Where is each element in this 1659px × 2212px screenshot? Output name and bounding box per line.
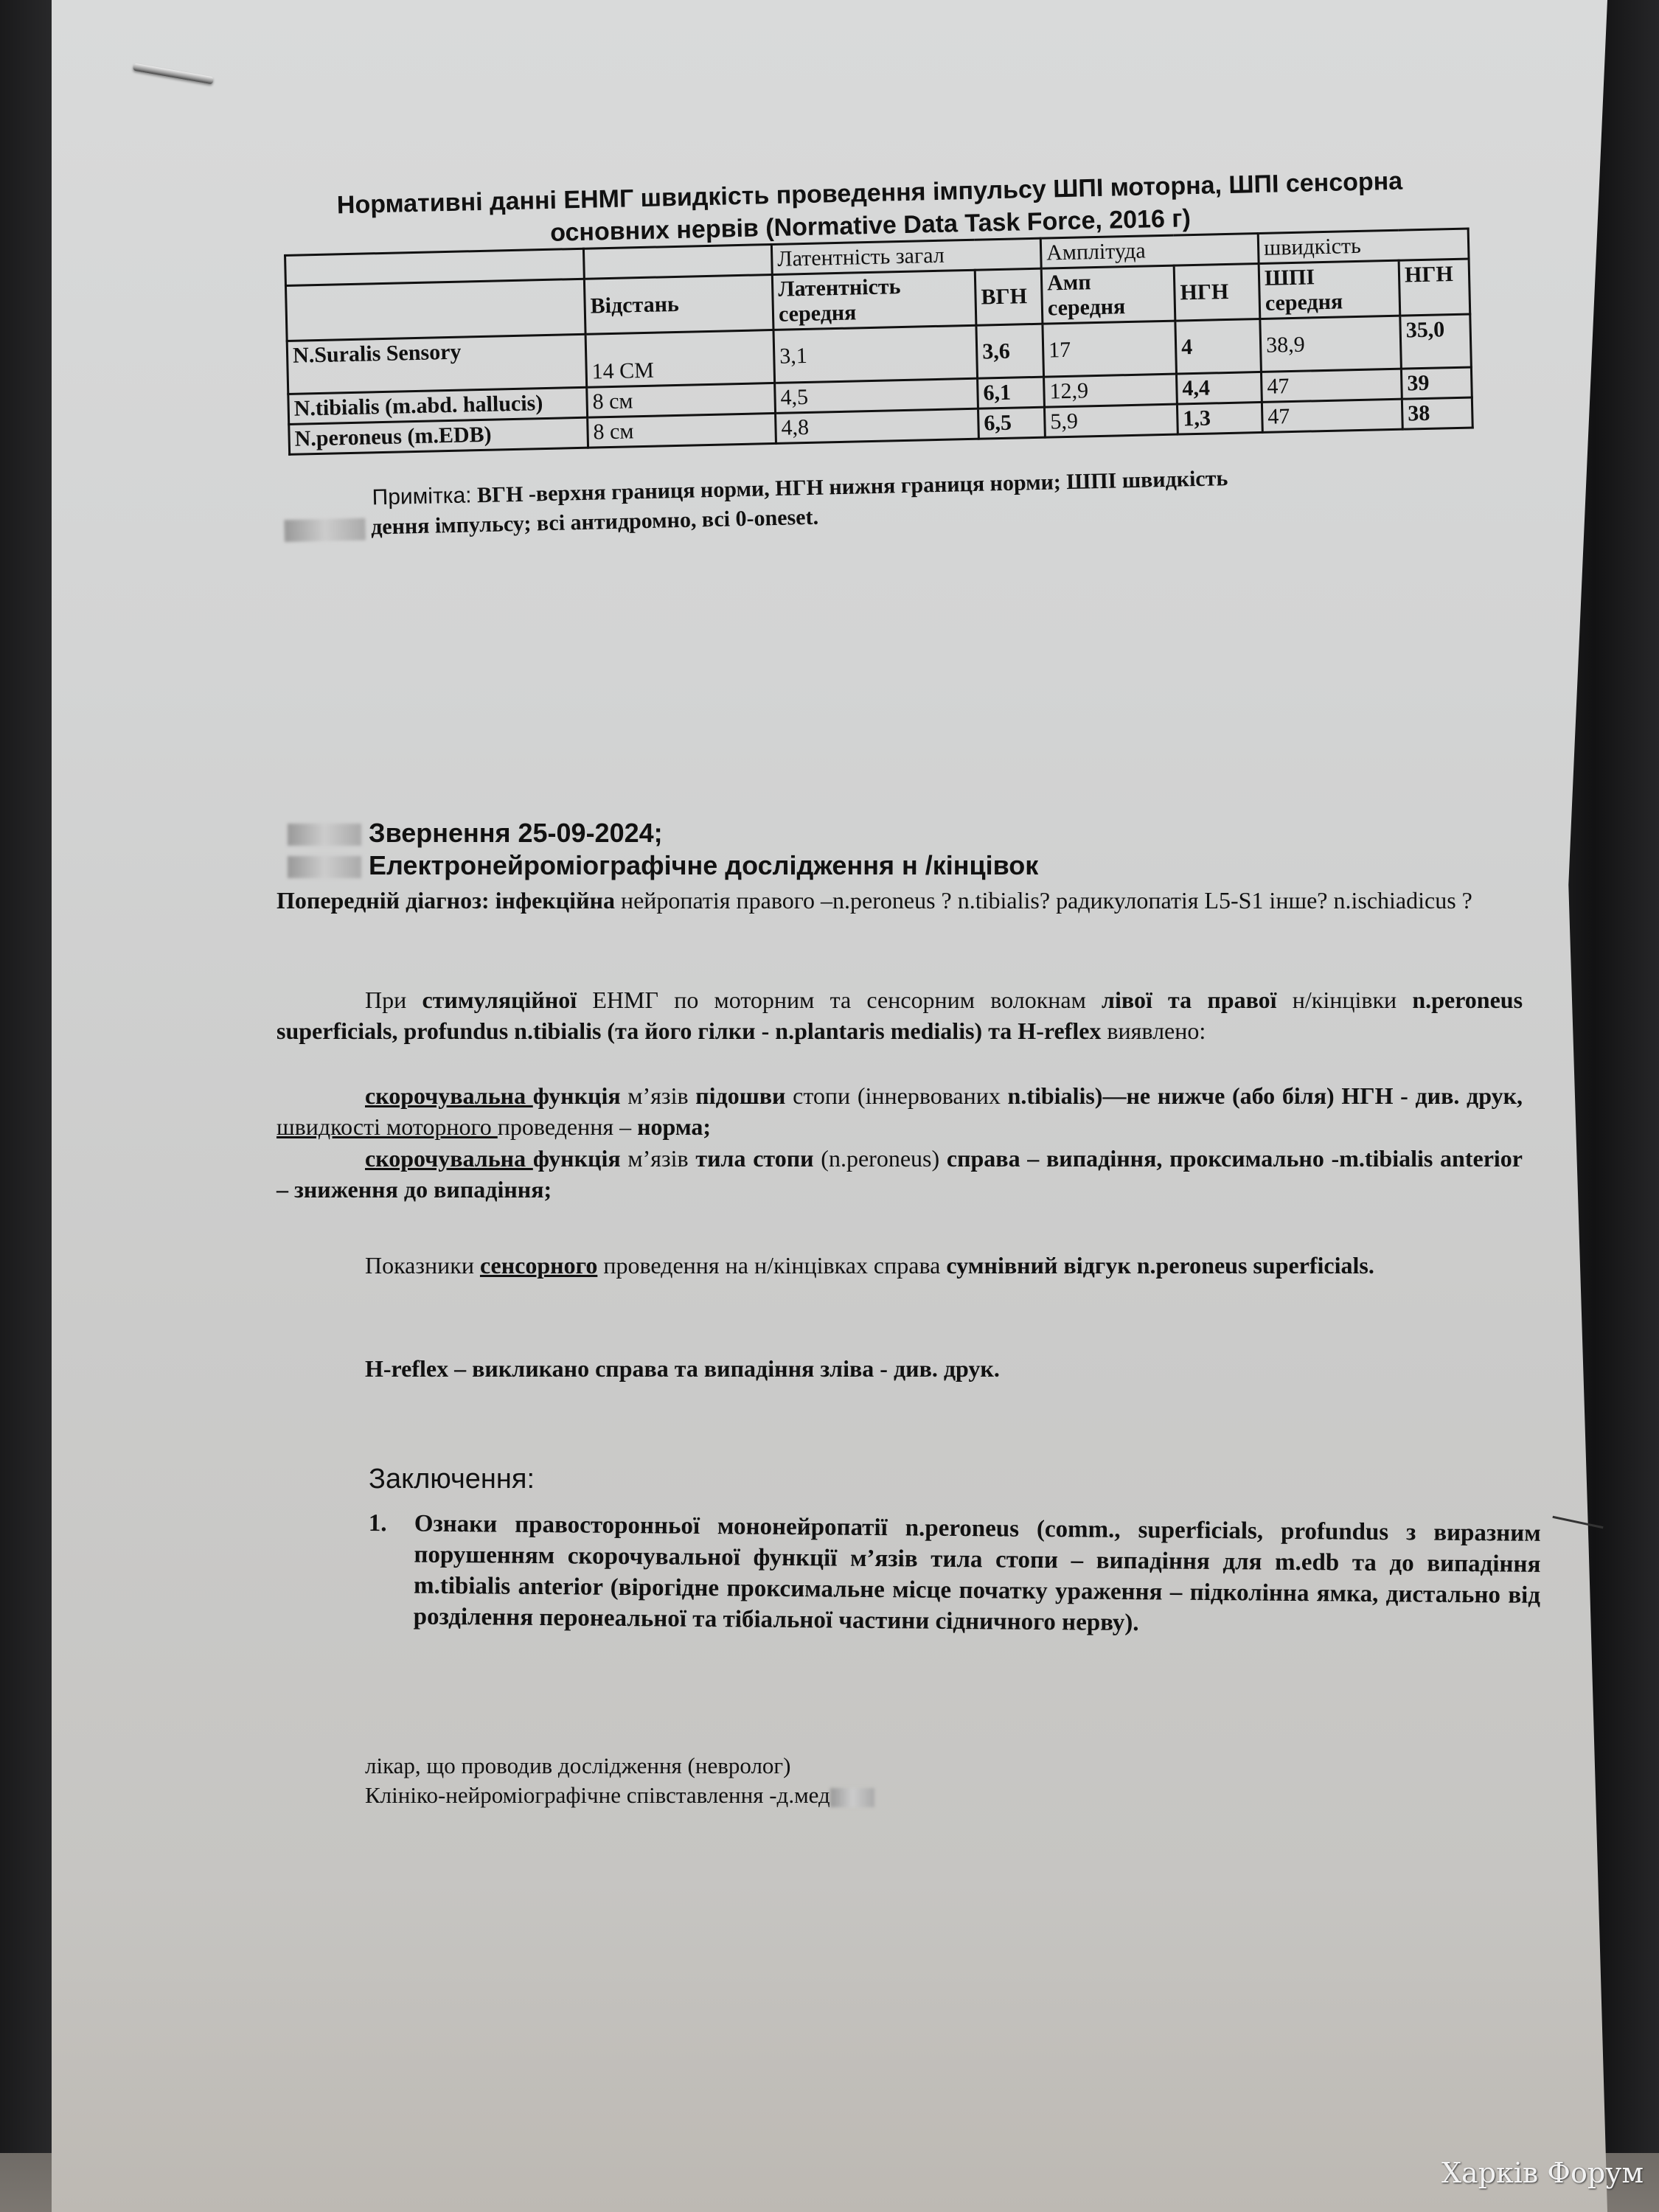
text: скорочувальна (365, 1082, 533, 1109)
cell-lat-ugn: 3,6 (976, 324, 1044, 378)
cell-nerve: N.Suralis Sensory (287, 334, 587, 394)
cell-amp-ngn: 1,3 (1177, 402, 1262, 434)
preliminary-diagnosis: Попередній діагноз: інфекційна нейропаті… (276, 885, 1523, 916)
diagnosis-text: нейропатія правого –n.peroneus ? n.tibia… (621, 887, 1472, 914)
text: функція (533, 1082, 621, 1109)
diagnosis-label: Попередній діагноз: (276, 887, 490, 914)
text: норма; (637, 1113, 711, 1140)
text: тила стопи (695, 1145, 813, 1172)
conclusion-title-text: Заключення (369, 1464, 526, 1495)
text: сенсорного (480, 1252, 597, 1279)
cell-lat-mean: 4,5 (775, 378, 978, 413)
cell-distance: 14 СМ (585, 330, 775, 387)
text: стопи (іннервованих (785, 1082, 1007, 1109)
cell-spi-ngn: 39 (1401, 367, 1472, 399)
text: проведення на н/кінцівках справа (597, 1252, 946, 1279)
column-header-amp-mean: Амп середня (1041, 265, 1175, 324)
finding-dorsal: скорочувальна функція м’язів тила стопи … (276, 1143, 1523, 1205)
cell-spi-mean: 47 (1261, 369, 1402, 402)
conclusion-title: Заключення: (369, 1464, 535, 1495)
cell-amp-mean: 17 (1043, 321, 1177, 377)
column-header-ngn: НГН (1174, 264, 1260, 321)
text: м’язів (621, 1145, 696, 1172)
cell-nerve: N.peroneus (m.EDB) (289, 417, 588, 454)
finding-plantar: скорочувальна функція м’язів підошви сто… (276, 1080, 1523, 1142)
conclusion-list: 1. Ознаки правосторонньої мононейропатії… (368, 1508, 1541, 1642)
item-number: 1. (369, 1508, 387, 1539)
item-text: Ознаки правосторонньої мононейропатії n.… (414, 1509, 1541, 1642)
cell-amp-mean: 5,9 (1044, 404, 1178, 437)
cell-lat-mean: 4,8 (776, 408, 979, 443)
findings-intro: При стимуляційної ЕНМГ по моторним та се… (276, 984, 1523, 1046)
text: н/кінцівки (1277, 987, 1413, 1013)
redacted-text (288, 824, 361, 846)
signature-line-2-text: Клініко-нейроміографічне співставлення -… (365, 1782, 830, 1808)
table-note: Примітка: ВГН -верхня границя норми, НГН… (283, 459, 1464, 544)
note-label: Примітка: (372, 483, 472, 509)
pen-mark (1552, 1516, 1603, 1528)
signature-line-1: лікар, що проводив дослідження (невролог… (365, 1751, 790, 1781)
cell-lat-ugn: 6,1 (978, 377, 1045, 408)
text: ЕНМГ по моторним та сенсорним волокнам (577, 987, 1102, 1013)
cell-spi-ngn: 35,0 (1400, 314, 1472, 369)
text: лівої та правої (1102, 987, 1277, 1013)
group-header-amplitude: Амплітуда (1040, 234, 1259, 269)
group-header-speed: швидкість (1258, 229, 1469, 263)
text: швидкості моторного (276, 1113, 498, 1140)
cell-amp-ngn: 4,4 (1176, 372, 1262, 404)
cell-spi-ngn: 38 (1402, 397, 1472, 429)
text: виявлено: (1101, 1018, 1206, 1044)
finding-h-reflex: H-reflex – викликано справа та випадіння… (276, 1353, 1523, 1384)
cell-lat-ugn: 6,5 (978, 407, 1045, 439)
cell-spi-mean: 38,9 (1260, 316, 1402, 372)
cell-distance: 8 см (588, 413, 776, 448)
column-header-distance: Відстань (584, 274, 773, 334)
cell-amp-mean: 12,9 (1044, 374, 1178, 407)
study-title: Електронейроміографічне дослідження н /к… (288, 849, 1038, 882)
diagnosis-bold: інфекційна (495, 887, 615, 914)
text: скорочувальна (365, 1145, 533, 1172)
text: стимуляційної (422, 987, 577, 1013)
column-header-latency-mean: Латентність середня (772, 270, 976, 330)
text: підошви (695, 1082, 785, 1109)
column-header (285, 279, 585, 341)
text: функція (533, 1145, 621, 1172)
column-header-spi-mean: ШПІ середня (1259, 260, 1400, 319)
column-header-ugn: ВГН (975, 268, 1043, 325)
group-header-cell (583, 244, 772, 279)
redacted-text (288, 856, 361, 878)
text: Показники (365, 1252, 480, 1279)
conclusion-item: 1. Ознаки правосторонньої мононейропатії… (368, 1508, 1541, 1642)
text: сумнівний відгук n.peroneus superficials… (946, 1252, 1374, 1279)
column-header-spi-ngn: НГН (1399, 259, 1470, 316)
text: (n.peroneus) (814, 1145, 947, 1172)
redacted-text (830, 1788, 874, 1807)
study-title-text: Електронейроміографічне дослідження н /к… (369, 850, 1038, 880)
visit-date-text: Звернення 25-09-2024; (369, 818, 663, 848)
watermark: Харків Форум (1441, 2157, 1644, 2189)
cell-distance: 8 см (587, 383, 776, 417)
redacted-text (284, 518, 366, 542)
document: Нормативні данні ЕНМГ швидкість проведен… (0, 0, 1659, 2212)
finding-sensory: Показники сенсорного проведення на н/кін… (276, 1250, 1523, 1281)
text: проведення – (498, 1113, 637, 1140)
visit-date: Звернення 25-09-2024; (288, 817, 663, 849)
cell-lat-mean: 3,1 (773, 325, 978, 383)
cell-spi-mean: 47 (1262, 399, 1402, 432)
colon: : (526, 1464, 535, 1495)
cell-amp-ngn: 4 (1175, 319, 1262, 374)
text: При (365, 987, 422, 1013)
normative-data-table: Латентність загал Амплітуда швидкість Ві… (284, 228, 1474, 456)
text: n.tibialis)—не нижче (або біля) НГН - ди… (1008, 1082, 1523, 1109)
text: м’язів (621, 1082, 696, 1109)
signature-line-2: Клініко-нейроміографічне співставлення -… (365, 1781, 874, 1810)
